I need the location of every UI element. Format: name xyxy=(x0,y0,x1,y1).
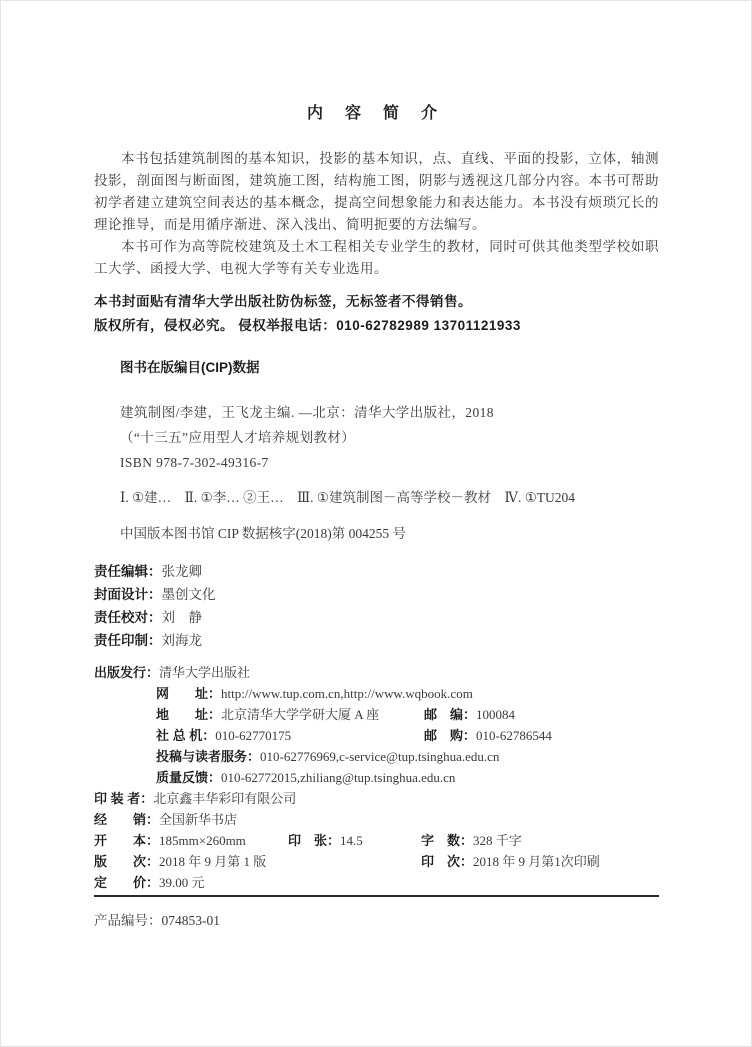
quality-feedback-label: 质量反馈： xyxy=(156,767,221,788)
edition-label: 版 次： xyxy=(94,854,159,869)
quality-feedback-value: 010-62772015,zhiliang@tup.tsinghua.edu.c… xyxy=(221,767,455,788)
address-value: 北京清华大学学研大厦 A 座 xyxy=(221,707,379,722)
credit-row-proofreader: 责任校对：刘 静 xyxy=(94,606,659,629)
distributor-row: 经 销：全国新华书店 xyxy=(94,809,659,830)
anti-piracy-line-1: 本书封面贴有清华大学出版社防伪标签，无标签者不得销售。 xyxy=(94,290,659,314)
edition-value: 2018 年 9 月第 1 版 xyxy=(159,854,266,869)
distributor-label: 经 销： xyxy=(94,809,159,830)
price-label: 定 价： xyxy=(94,872,159,893)
staff-credits: 责任编辑：张龙卿 封面设计：墨创文化 责任校对：刘 静 责任印制：刘海龙 xyxy=(94,560,659,652)
distributor-value: 全国新华书店 xyxy=(159,809,237,830)
price-value: 39.00 元 xyxy=(159,872,205,893)
quality-feedback-row: 质量反馈：010-62772015,zhiliang@tup.tsinghua.… xyxy=(94,767,659,788)
cip-isbn: ISBN 978-7-302-49316-7 xyxy=(120,450,659,475)
format-value: 185mm×260mm xyxy=(159,833,246,848)
word-count-value: 328 千字 xyxy=(473,833,522,848)
cip-registry-number: 中国版本图书馆 CIP 数据核字(2018)第 004255 号 xyxy=(120,521,659,546)
intro-paragraph-2: 本书可作为高等院校建筑及土木工程相关专业学生的教材，同时可供其他类型学校如职工大… xyxy=(94,236,659,280)
impression-label: 印 次： xyxy=(421,854,473,869)
cip-heading: 图书在版编目(CIP)数据 xyxy=(120,358,659,378)
website-row: 网 址：http://www.tup.com.cn,http://www.wqb… xyxy=(94,683,659,704)
sheets-label: 印 张： xyxy=(288,833,340,848)
print-supervisor-label: 责任印制： xyxy=(94,633,162,648)
reader-service-label: 投稿与读者服务： xyxy=(156,746,260,767)
switchboard-value: 010-62770175 xyxy=(215,728,291,743)
printer-label: 印 装 者： xyxy=(94,788,153,809)
printer-row: 印 装 者：北京鑫丰华彩印有限公司 xyxy=(94,788,659,809)
cip-classification: Ⅰ. ①建… Ⅱ. ①李… ②王… Ⅲ. ①建筑制图－高等学校－教材 Ⅳ. ①T… xyxy=(120,485,659,510)
format-label: 开 本： xyxy=(94,833,159,848)
anti-piracy-notice: 本书封面贴有清华大学出版社防伪标签，无标签者不得销售。 版权所有，侵权必究。 侵… xyxy=(94,290,659,338)
zip-cell: 邮 编：100084 xyxy=(424,704,515,725)
publisher-label: 出版发行： xyxy=(94,662,159,683)
product-number-row: 产品编号：074853-01 xyxy=(94,910,659,931)
mail-order-value: 010-62786544 xyxy=(476,728,552,743)
address-label: 地 址： xyxy=(156,707,221,722)
format-cell: 开 本：185mm×260mm xyxy=(94,830,288,851)
cover-design-label: 封面设计： xyxy=(94,587,162,602)
proofreader-value: 刘 静 xyxy=(162,610,203,625)
page-content: 内 容 简 介 本书包括建筑制图的基本知识，投影的基本知识，点、直线、平面的投影… xyxy=(1,1,751,931)
cover-design-value: 墨创文化 xyxy=(162,587,216,602)
footer-divider xyxy=(94,895,659,897)
reader-service-row: 投稿与读者服务：010-62776969,c-service@tup.tsing… xyxy=(94,746,659,767)
switchboard-row: 社 总 机：010-62770175 邮 购：010-62786544 xyxy=(94,725,659,746)
word-count-cell: 字 数：328 千字 xyxy=(421,830,522,851)
sheets-value: 14.5 xyxy=(340,833,363,848)
impression-value: 2018 年 9 月第1次印刷 xyxy=(473,854,600,869)
impression-cell: 印 次：2018 年 9 月第1次印刷 xyxy=(421,851,600,872)
product-number-label: 产品编号： xyxy=(94,913,162,928)
product-number-value: 074853-01 xyxy=(162,913,221,928)
zip-label: 邮 编： xyxy=(424,707,476,722)
word-count-label: 字 数： xyxy=(421,833,473,848)
publisher-value: 清华大学出版社 xyxy=(159,662,250,683)
reader-service-value: 010-62776969,c-service@tup.tsinghua.edu.… xyxy=(260,746,499,767)
credit-row-editor: 责任编辑：张龙卿 xyxy=(94,560,659,583)
print-supervisor-value: 刘海龙 xyxy=(162,633,203,648)
edition-row: 版 次：2018 年 9 月第 1 版 印 次：2018 年 9 月第1次印刷 xyxy=(94,851,659,872)
edition-cell: 版 次：2018 年 9 月第 1 版 xyxy=(94,851,421,872)
credit-row-print-supervisor: 责任印制：刘海龙 xyxy=(94,629,659,652)
publisher-row: 出版发行：清华大学出版社 xyxy=(94,662,659,683)
credit-row-cover-design: 封面设计：墨创文化 xyxy=(94,583,659,606)
website-label: 网 址： xyxy=(156,683,221,704)
format-row: 开 本：185mm×260mm 印 张：14.5 字 数：328 千字 xyxy=(94,830,659,851)
address-row: 地 址：北京清华大学学研大厦 A 座 邮 编：100084 xyxy=(94,704,659,725)
publishing-info: 出版发行：清华大学出版社 网 址：http://www.tup.com.cn,h… xyxy=(94,662,659,893)
editor-label: 责任编辑： xyxy=(94,564,162,579)
cip-title-line: 建筑制图/李建，王飞龙主编. —北京：清华大学出版社，2018 xyxy=(120,400,659,425)
editor-value: 张龙卿 xyxy=(162,564,203,579)
switchboard-label: 社 总 机： xyxy=(156,728,215,743)
address-cell: 地 址：北京清华大学学研大厦 A 座 xyxy=(156,704,424,725)
intro-paragraph-1: 本书包括建筑制图的基本知识，投影的基本知识，点、直线、平面的投影，立体，轴测投影… xyxy=(94,148,659,236)
zip-value: 100084 xyxy=(476,707,515,722)
page-title: 内 容 简 介 xyxy=(94,104,659,124)
copyright-page: 内 容 简 介 本书包括建筑制图的基本知识，投影的基本知识，点、直线、平面的投影… xyxy=(0,0,752,1047)
cip-block: 图书在版编目(CIP)数据 建筑制图/李建，王飞龙主编. —北京：清华大学出版社… xyxy=(94,358,659,546)
mail-order-label: 邮 购： xyxy=(424,728,476,743)
sheets-cell: 印 张：14.5 xyxy=(288,830,421,851)
price-row: 定 价：39.00 元 xyxy=(94,872,659,893)
mail-order-cell: 邮 购：010-62786544 xyxy=(424,725,552,746)
proofreader-label: 责任校对： xyxy=(94,610,162,625)
printer-value: 北京鑫丰华彩印有限公司 xyxy=(153,788,296,809)
switchboard-cell: 社 总 机：010-62770175 xyxy=(156,725,424,746)
cip-series-line: （“十三五”应用型人才培养规划教材） xyxy=(120,425,659,450)
website-value: http://www.tup.com.cn,http://www.wqbook.… xyxy=(221,683,473,704)
anti-piracy-line-2: 版权所有，侵权必究。 侵权举报电话：010-62782989 137011219… xyxy=(94,314,659,338)
